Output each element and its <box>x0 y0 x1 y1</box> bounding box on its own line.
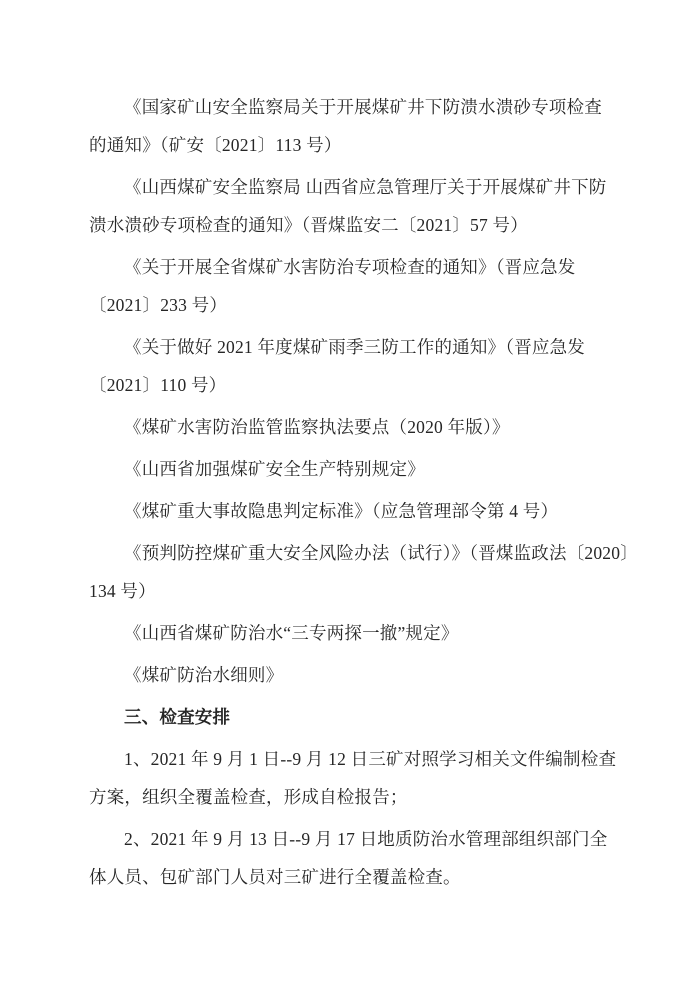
document-line: 《预判防控煤矿重大安全风险办法（试行）》（晋煤监政法〔2020〕 <box>89 534 612 572</box>
document-line: 《山西煤矿安全监察局 山西省应急管理厅关于开展煤矿井下防 <box>89 168 612 206</box>
document-line: 《煤矿水害防治监管监察执法要点（2020 年版）》 <box>89 408 612 446</box>
section-heading: 三、检查安排 <box>89 698 612 736</box>
document-line: 的通知》（矿安〔2021〕113 号） <box>89 126 612 164</box>
document-line: 《关于开展全省煤矿水害防治专项检查的通知》（晋应急发 <box>89 248 612 286</box>
document-line: 1、2021 年 9 月 1 日--9 月 12 日三矿对照学习相关文件编制检查 <box>89 740 612 778</box>
document-line: 《国家矿山安全监察局关于开展煤矿井下防溃水溃砂专项检查 <box>89 88 612 126</box>
document-line: 方案，组织全覆盖检查，形成自检报告； <box>89 778 612 816</box>
document-line: 〔2021〕110 号） <box>89 366 612 404</box>
document-line: 〔2021〕233 号） <box>89 286 612 324</box>
document-line: 《山西省加强煤矿安全生产特别规定》 <box>89 450 612 488</box>
document-line: 《山西省煤矿防治水“三专两探一撤”规定》 <box>89 614 612 652</box>
document-line: 2、2021 年 9 月 13 日--9 月 17 日地质防治水管理部组织部门全 <box>89 820 612 858</box>
document-line: 体人员、包矿部门人员对三矿进行全覆盖检查。 <box>89 858 612 896</box>
document-line: 《关于做好 2021 年度煤矿雨季三防工作的通知》（晋应急发 <box>89 328 612 366</box>
document-line: 134 号） <box>89 572 612 610</box>
document-line: 溃水溃砂专项检查的通知》（晋煤监安二〔2021〕57 号） <box>89 206 612 244</box>
document-line: 《煤矿防治水细则》 <box>89 656 612 694</box>
document-page: 《国家矿山安全监察局关于开展煤矿井下防溃水溃砂专项检查 的通知》（矿安〔2021… <box>0 0 700 990</box>
document-text-block: 《国家矿山安全监察局关于开展煤矿井下防溃水溃砂专项检查 的通知》（矿安〔2021… <box>89 88 612 896</box>
document-line: 《煤矿重大事故隐患判定标准》（应急管理部令第 4 号） <box>89 492 612 530</box>
